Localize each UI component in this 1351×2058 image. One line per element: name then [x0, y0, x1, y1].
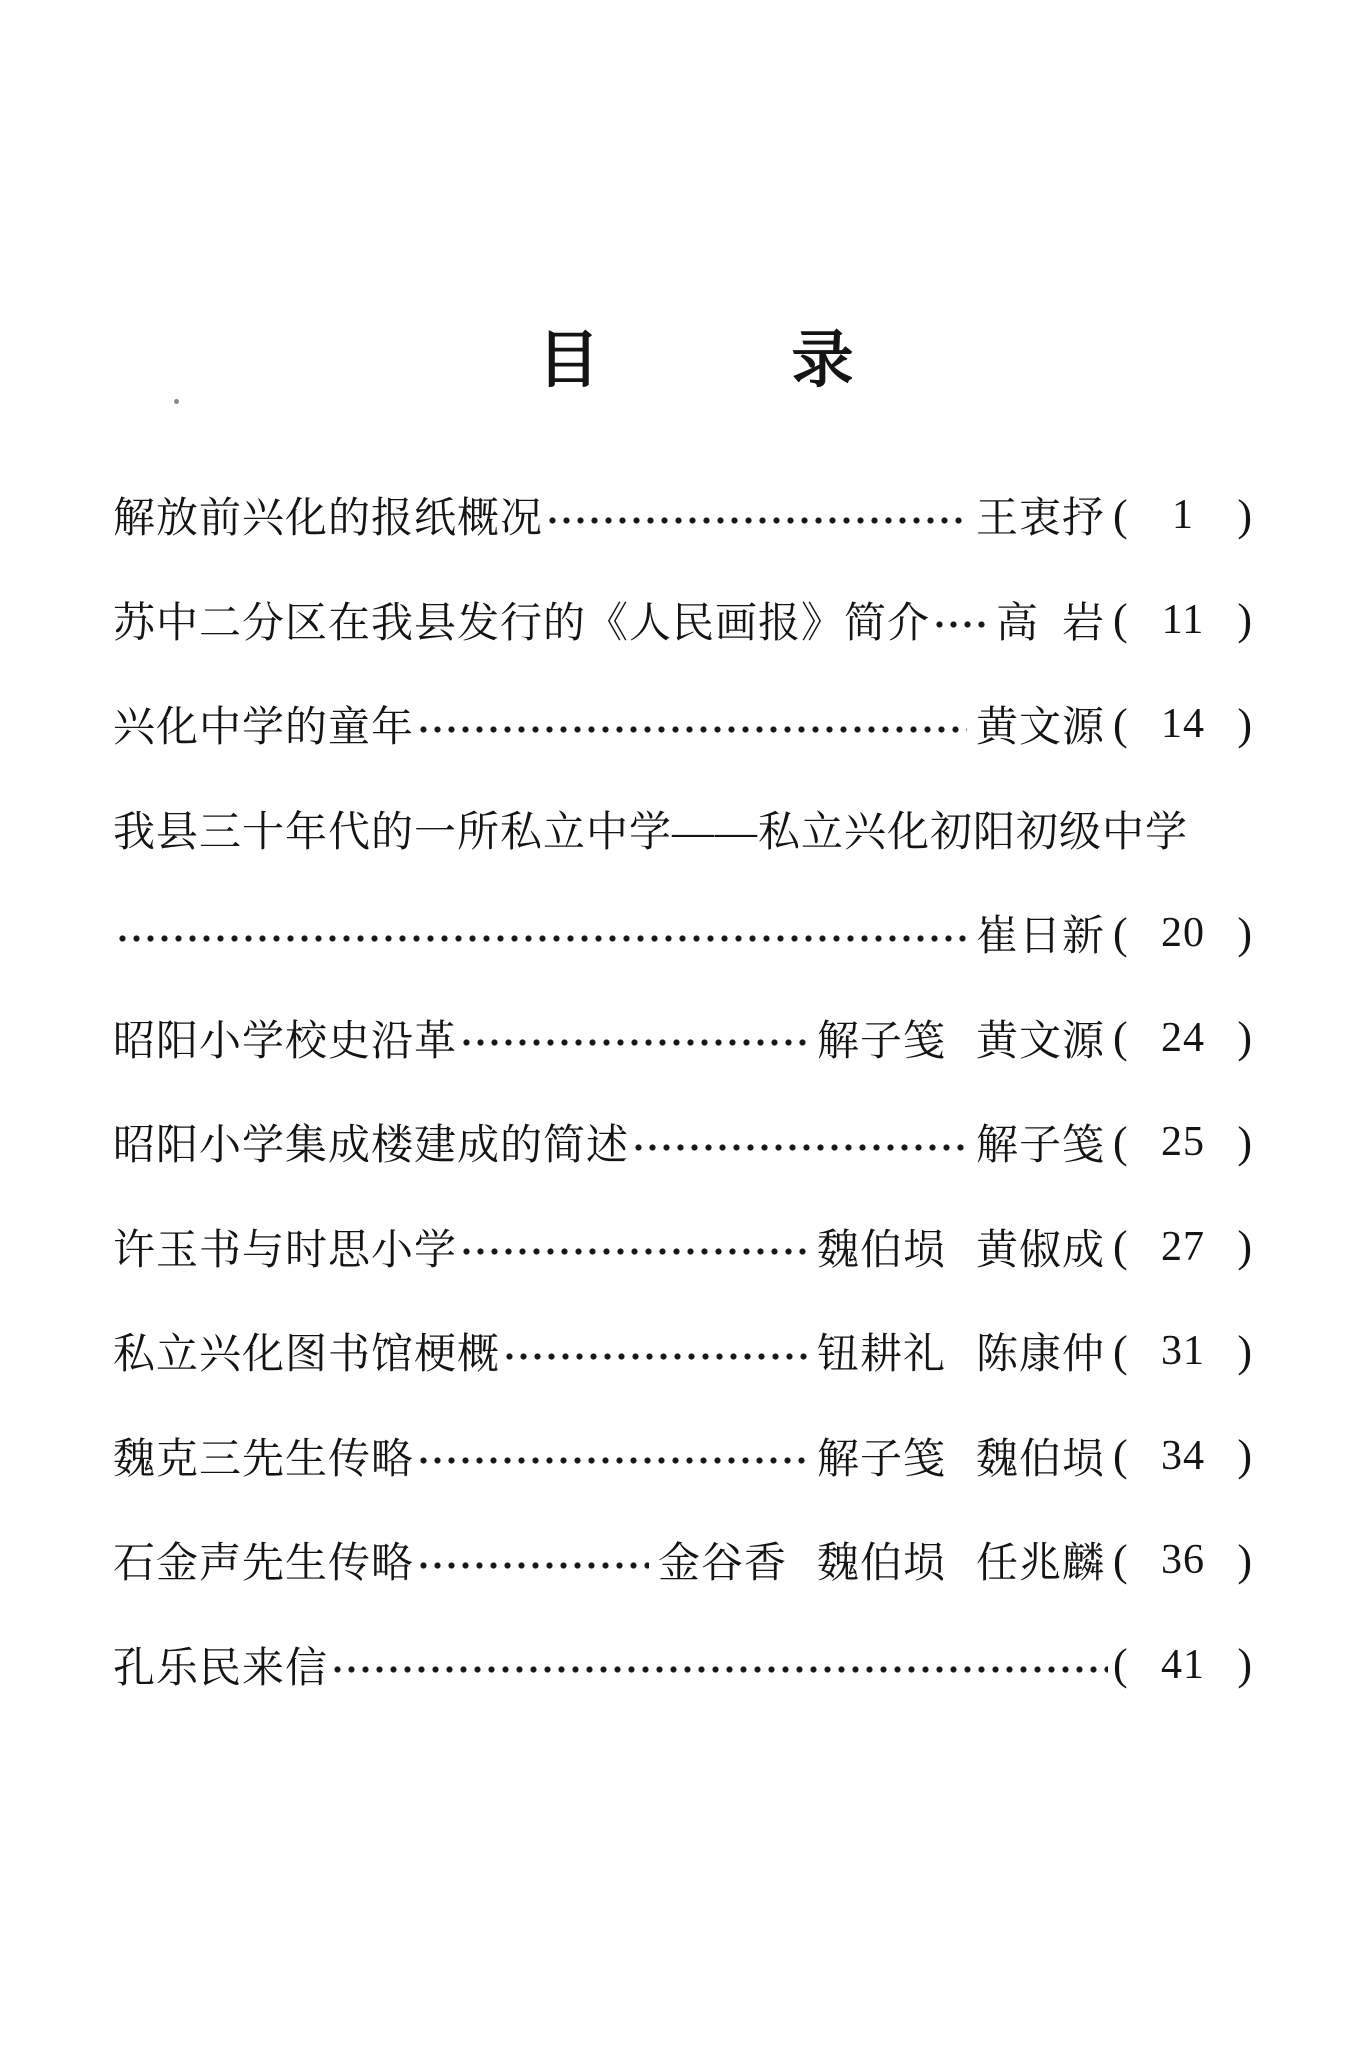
author-name: 魏伯埙	[817, 1530, 946, 1590]
page-number: 25	[1161, 1118, 1205, 1166]
page-number: 20	[1161, 909, 1205, 957]
dot-leader	[462, 1038, 808, 1047]
entry-page: (31)	[1113, 1326, 1253, 1377]
entry-page: (24)	[1113, 1012, 1253, 1063]
page-paren-open: (	[1113, 594, 1129, 645]
page-paren-close: )	[1237, 1639, 1253, 1690]
entry-authors: 魏伯埙黄俶成	[817, 1217, 1105, 1277]
author-name: 金谷香	[658, 1530, 787, 1590]
toc-entry: 解放前兴化的报纸概况王衷抒(1)	[113, 463, 1253, 568]
toc-entry: 苏中二分区在我县发行的《人民画报》简介高 岩(11)	[113, 568, 1253, 673]
author-name: 王衷抒	[976, 485, 1105, 545]
entry-title: 许玉书与时思小学	[113, 1217, 457, 1277]
author-name: 魏伯埙	[817, 1217, 946, 1277]
page-paren-open: (	[1113, 908, 1129, 959]
entry-title: 石金声先生传略	[113, 1530, 414, 1590]
page-paren-close: )	[1237, 908, 1253, 959]
scan-speck	[174, 399, 179, 404]
entry-page: (14)	[1113, 699, 1253, 750]
author-name: 高 岩	[996, 590, 1105, 650]
page-number: 11	[1162, 596, 1204, 644]
author-name: 解子笺	[817, 1008, 946, 1068]
entry-page: (41)	[1113, 1639, 1253, 1690]
entry-title: 昭阳小学集成楼建成的简述	[113, 1112, 629, 1172]
toc-entry: 石金声先生传略金谷香魏伯埙任兆麟(36)	[113, 1508, 1253, 1613]
toc-entry: 孔乐民来信(41)	[113, 1613, 1253, 1718]
toc-entry: 我县三十年代的一所私立中学——私立兴化初阳初级中学	[113, 777, 1253, 882]
scanned-toc-page: 目 录 解放前兴化的报纸概况王衷抒(1)苏中二分区在我县发行的《人民画报》简介高…	[0, 0, 1351, 2058]
entry-authors: 黄文源	[976, 694, 1105, 754]
page-number: 24	[1161, 1014, 1205, 1062]
author-name: 解子笺	[976, 1112, 1105, 1172]
entry-title: 魏克三先生传略	[113, 1426, 414, 1486]
entry-page: (27)	[1113, 1221, 1253, 1272]
dot-leader	[935, 620, 987, 629]
entry-page: (25)	[1113, 1117, 1253, 1168]
entry-authors: 解子笺	[976, 1112, 1105, 1172]
page-number: 1	[1172, 491, 1194, 539]
page-paren-close: )	[1237, 1430, 1253, 1481]
entry-authors: 崔日新	[976, 903, 1105, 963]
page-paren-open: (	[1113, 1639, 1129, 1690]
toc-entry-continuation: 崔日新(20)	[113, 881, 1253, 986]
author-name: 任兆麟	[976, 1530, 1105, 1590]
page-number: 31	[1161, 1327, 1205, 1375]
page-number: 14	[1161, 700, 1205, 748]
author-name: 钮耕礼	[817, 1321, 946, 1381]
author-name: 魏伯埙	[976, 1426, 1105, 1486]
toc-entry: 私立兴化图书馆梗概钮耕礼陈康仲(31)	[113, 1299, 1253, 1404]
page-paren-open: (	[1113, 699, 1129, 750]
entry-page: (34)	[1113, 1430, 1253, 1481]
dot-leader	[419, 1456, 808, 1465]
page-paren-close: )	[1237, 1117, 1253, 1168]
page-paren-close: )	[1237, 699, 1253, 750]
page-paren-close: )	[1237, 1326, 1253, 1377]
entry-page: (1)	[1113, 490, 1253, 541]
page-title: 目 录	[0, 330, 1351, 392]
dot-leader	[333, 1665, 1108, 1674]
author-name: 黄俶成	[976, 1217, 1105, 1277]
page-number: 27	[1161, 1223, 1205, 1271]
page-paren-close: )	[1237, 594, 1253, 645]
toc-entry: 兴化中学的童年黄文源(14)	[113, 672, 1253, 777]
dot-leader	[462, 1247, 808, 1256]
page-paren-open: (	[1113, 1221, 1129, 1272]
author-name: 陈康仲	[976, 1321, 1105, 1381]
entry-page: (11)	[1113, 594, 1253, 645]
page-paren-close: )	[1237, 1535, 1253, 1586]
page-paren-open: (	[1113, 490, 1129, 541]
page-title-char: 目	[537, 330, 599, 392]
dot-leader	[118, 934, 967, 943]
page-paren-open: (	[1113, 1326, 1129, 1377]
dot-leader	[634, 1143, 967, 1152]
dot-leader	[548, 516, 967, 525]
entry-authors: 金谷香魏伯埙任兆麟	[658, 1530, 1105, 1590]
entry-page: (20)	[1113, 908, 1253, 959]
toc-entry: 许玉书与时思小学魏伯埙黄俶成(27)	[113, 1195, 1253, 1300]
page-paren-open: (	[1113, 1012, 1129, 1063]
page-paren-close: )	[1237, 1221, 1253, 1272]
toc-list: 解放前兴化的报纸概况王衷抒(1)苏中二分区在我县发行的《人民画报》简介高 岩(1…	[113, 463, 1253, 1717]
entry-title: 我县三十年代的一所私立中学——私立兴化初阳初级中学	[113, 799, 1188, 859]
page-number: 36	[1161, 1536, 1205, 1584]
entry-page: (36)	[1113, 1535, 1253, 1586]
entry-title: 私立兴化图书馆梗概	[113, 1321, 500, 1381]
dot-leader	[505, 1352, 808, 1361]
entry-title: 解放前兴化的报纸概况	[113, 485, 543, 545]
page-paren-open: (	[1113, 1430, 1129, 1481]
page-paren-close: )	[1237, 490, 1253, 541]
entry-authors: 解子笺黄文源	[817, 1008, 1105, 1068]
page-paren-open: (	[1113, 1535, 1129, 1586]
author-name: 解子笺	[817, 1426, 946, 1486]
entry-title: 苏中二分区在我县发行的《人民画报》简介	[113, 590, 930, 650]
entry-title: 孔乐民来信	[113, 1635, 328, 1695]
entry-title: 兴化中学的童年	[113, 694, 414, 754]
page-paren-open: (	[1113, 1117, 1129, 1168]
page-paren-close: )	[1237, 1012, 1253, 1063]
author-name: 黄文源	[976, 694, 1105, 754]
toc-entry: 魏克三先生传略解子笺魏伯埙(34)	[113, 1404, 1253, 1509]
page-title-char: 录	[792, 330, 854, 392]
entry-authors: 解子笺魏伯埙	[817, 1426, 1105, 1486]
toc-entry: 昭阳小学集成楼建成的简述解子笺(25)	[113, 1090, 1253, 1195]
dot-leader	[419, 1561, 649, 1570]
page-number: 41	[1161, 1641, 1205, 1689]
dot-leader	[419, 725, 967, 734]
entry-authors: 高 岩	[996, 590, 1105, 650]
toc-entry: 昭阳小学校史沿革解子笺黄文源(24)	[113, 986, 1253, 1091]
entry-title: 昭阳小学校史沿革	[113, 1008, 457, 1068]
entry-authors: 钮耕礼陈康仲	[817, 1321, 1105, 1381]
author-name: 黄文源	[976, 1008, 1105, 1068]
author-name: 崔日新	[976, 903, 1105, 963]
page-number: 34	[1161, 1432, 1205, 1480]
entry-authors: 王衷抒	[976, 485, 1105, 545]
